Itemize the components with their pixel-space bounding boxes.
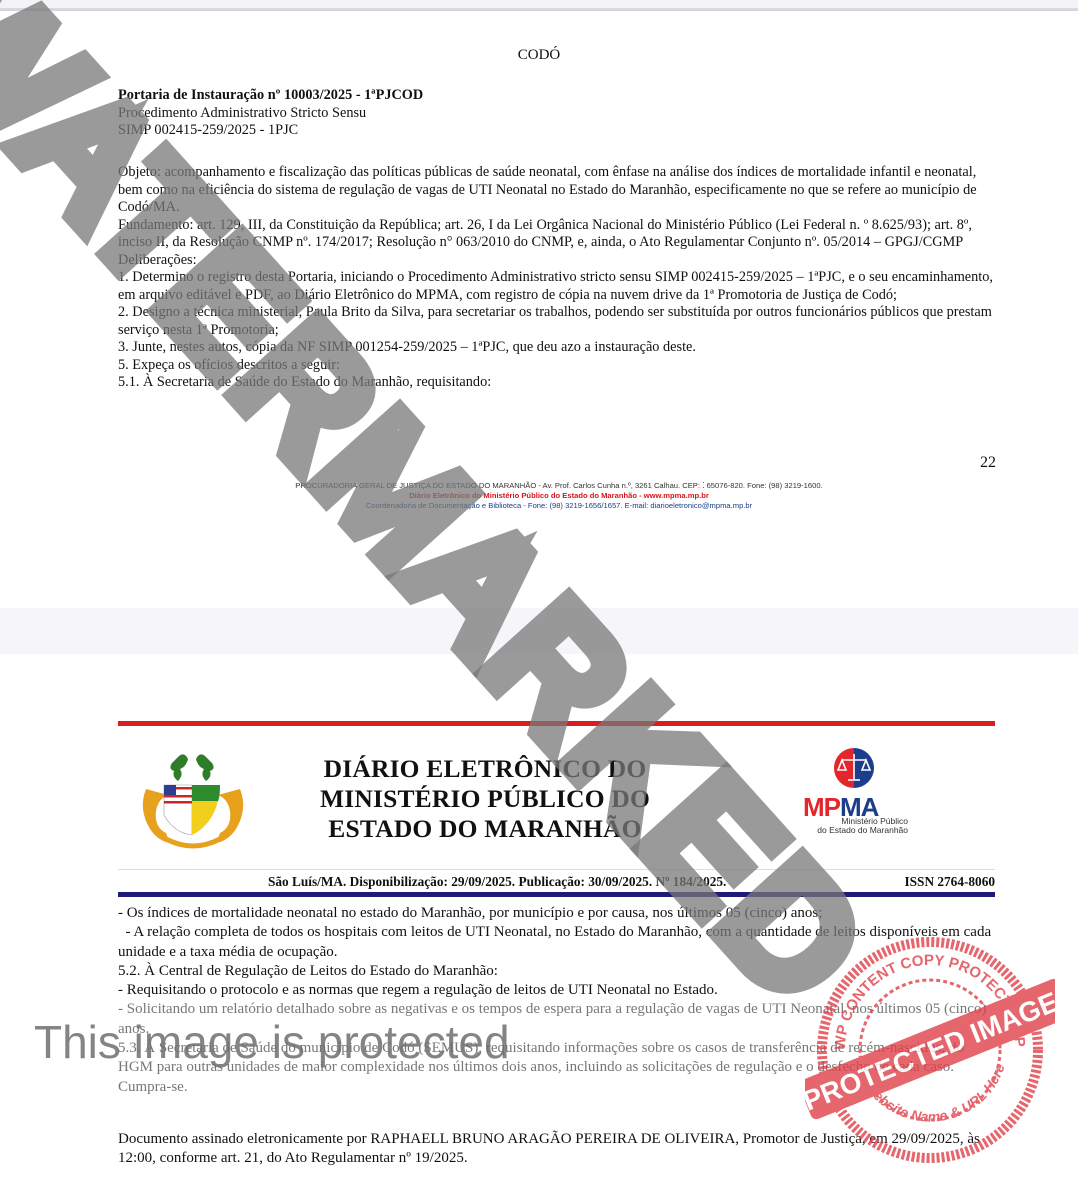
- footer-site-link[interactable]: Diário Eletrônico do Ministério Público …: [0, 491, 1078, 501]
- page-gap: [0, 608, 1078, 654]
- portaria-header: Portaria de Instauração nº 10003/2025 - …: [118, 87, 998, 140]
- diario-title-line-1: DIÁRIO ELETRÔNICO DO: [290, 754, 680, 784]
- paragraph-item-2: 2. Designo a técnica ministerial, Paula …: [118, 304, 998, 339]
- paragraph-hospitais: - A relação completa de todos os hospita…: [118, 923, 998, 962]
- paragraph-item-3: 3. Junte, nestes autos, cópia da NF SIMP…: [118, 339, 998, 357]
- procedimento-type: Procedimento Administrativo Stricto Sens…: [118, 105, 998, 123]
- paragraph-item-1: 1. Determino o registro desta Portaria, …: [118, 269, 998, 304]
- maranhao-coat-of-arms-icon: [138, 749, 248, 849]
- mpma-logo-subtitle: Ministério Público do Estado do Maranhão: [800, 817, 908, 835]
- paragraph-item-5-3: 5.3. À Secretaria de Saúde do município …: [118, 1039, 998, 1078]
- document-page-2: DIÁRIO ELETRÔNICO DO MINISTÉRIO PÚBLICO …: [0, 654, 1078, 1188]
- publication-line: São Luís/MA. Disponibilização: 29/09/202…: [268, 874, 726, 890]
- page2-body: - Os índices de mortalidade neonatal no …: [118, 904, 998, 1097]
- diario-title-line-3: ESTADO DO MARANHÃO: [290, 814, 680, 844]
- paragraph-mortalidade: - Os índices de mortalidade neonatal no …: [118, 904, 998, 923]
- header-red-rule: [118, 721, 995, 726]
- footer-address: PROCURADORIA GERAL DE JUSTIÇA DO ESTADO …: [0, 481, 1078, 491]
- city-heading: CODÓ: [0, 47, 1078, 64]
- signature-block: Documento assinado eletronicamente por R…: [118, 1130, 998, 1169]
- viewer-top-bar: [0, 0, 1078, 11]
- portaria-body: Objeto: acompanhamento e fiscalização da…: [118, 164, 998, 392]
- simp-number: SIMP 002415-259/2025 - 1PJC: [118, 122, 998, 140]
- portaria-title: Portaria de Instauração nº 10003/2025 - …: [118, 87, 998, 105]
- document-page-1: CODÓ Portaria de Instauração nº 10003/20…: [0, 11, 1078, 608]
- footer-contact: Coordenadoria de Documentação e Bibliote…: [0, 501, 1078, 511]
- issn: ISSN 2764-8060: [904, 874, 995, 890]
- page-number: 22: [980, 454, 996, 472]
- page-footer: PROCURADORIA GERAL DE JUSTIÇA DO ESTADO …: [0, 481, 1078, 511]
- diario-title: DIÁRIO ELETRÔNICO DO MINISTÉRIO PÚBLICO …: [290, 754, 680, 844]
- paragraph-cumpra-se: Cumpra-se.: [118, 1078, 998, 1097]
- paragraph-deliberacoes: Deliberações:: [118, 252, 998, 270]
- paragraph-protocolo: - Requisitando o protocolo e as normas q…: [118, 981, 998, 1000]
- paragraph-fundamento: Fundamento: art. 129, III, da Constituiç…: [118, 217, 998, 252]
- paragraph-item-5-1: 5.1. À Secretaria de Saúde do Estado do …: [118, 374, 998, 392]
- publication-info: São Luís/MA. Disponibilização: 29/09/202…: [118, 869, 995, 892]
- paragraph-item-5-2: 5.2. À Central de Regulação de Leitos do…: [118, 962, 998, 981]
- paragraph-objeto: Objeto: acompanhamento e fiscalização da…: [118, 164, 998, 217]
- diario-title-line-2: MINISTÉRIO PÚBLICO DO: [290, 784, 680, 814]
- header-blue-rule: [118, 892, 995, 897]
- paragraph-relatorio: - Solicitando um relatório detalhado sob…: [118, 1000, 998, 1039]
- paragraph-item-5: 5. Expeça os ofícios descritos a seguir:: [118, 357, 998, 375]
- mpma-subtitle-2: do Estado do Maranhão: [800, 826, 908, 835]
